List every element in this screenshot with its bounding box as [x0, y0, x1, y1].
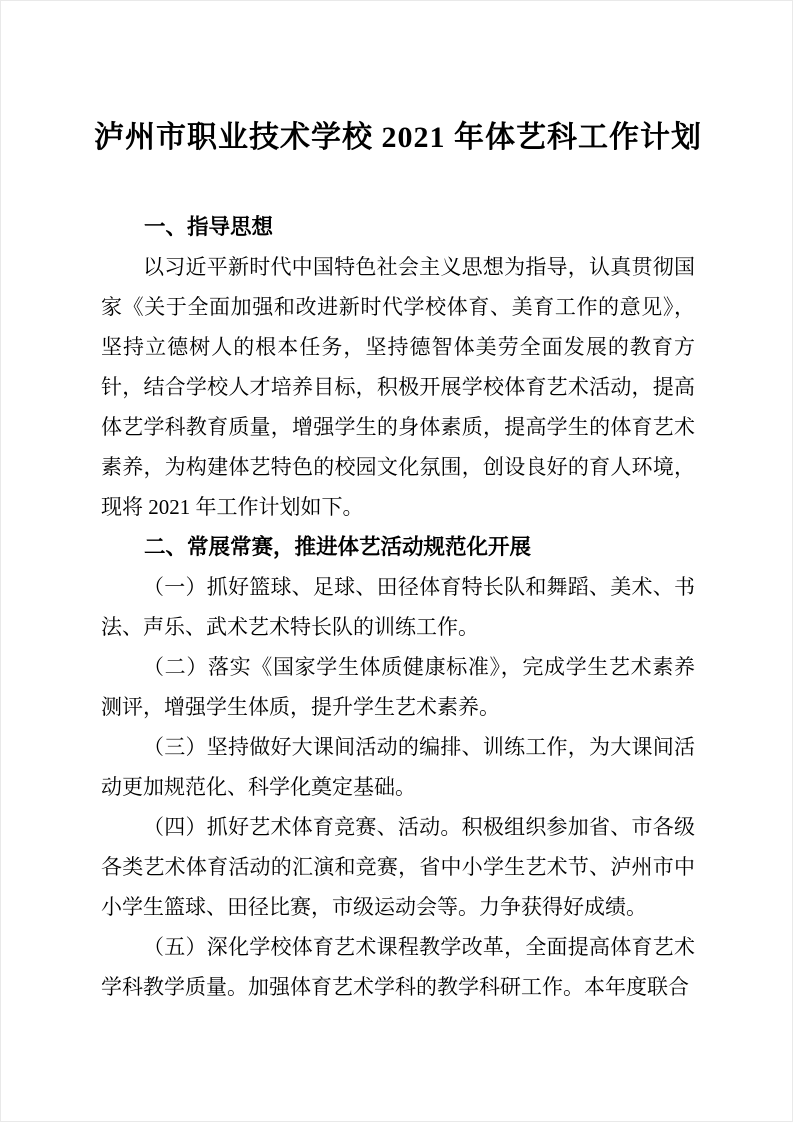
section-heading-guiding-ideology: 一、指导思想	[101, 207, 695, 247]
paragraph-guiding-ideology: 以习近平新时代中国特色社会主义思想为指导，认真贯彻国家《关于全面加强和改进新时代…	[101, 247, 695, 527]
document-title: 泸州市职业技术学校 2021 年体艺科工作计划	[94, 117, 702, 159]
paragraph-item-2: （二）落实《国家学生体质健康标准》，完成学生艺术素养测评，增强学生体质，提升学生…	[101, 647, 695, 727]
paragraph-item-5: （五）深化学校体育艺术课程教学改革，全面提高体育艺术学科教学质量。加强体育艺术学…	[101, 927, 695, 1007]
paragraph-item-3: （三）坚持做好大课间活动的编排、训练工作，为大课间活动更加规范化、科学化奠定基础…	[101, 727, 695, 807]
paragraph-item-4: （四）抓好艺术体育竞赛、活动。积极组织参加省、市各级各类艺术体育活动的汇演和竞赛…	[101, 807, 695, 927]
paragraph-item-1: （一）抓好篮球、足球、田径体育特长队和舞蹈、美术、书法、声乐、武术艺术特长队的训…	[101, 567, 695, 647]
section-heading-regular-activities: 二、常展常赛，推进体艺活动规范化开展	[101, 527, 695, 567]
document-body: 一、指导思想 以习近平新时代中国特色社会主义思想为指导，认真贯彻国家《关于全面加…	[101, 207, 695, 1007]
document-page: 泸州市职业技术学校 2021 年体艺科工作计划 一、指导思想 以习近平新时代中国…	[0, 0, 793, 1122]
